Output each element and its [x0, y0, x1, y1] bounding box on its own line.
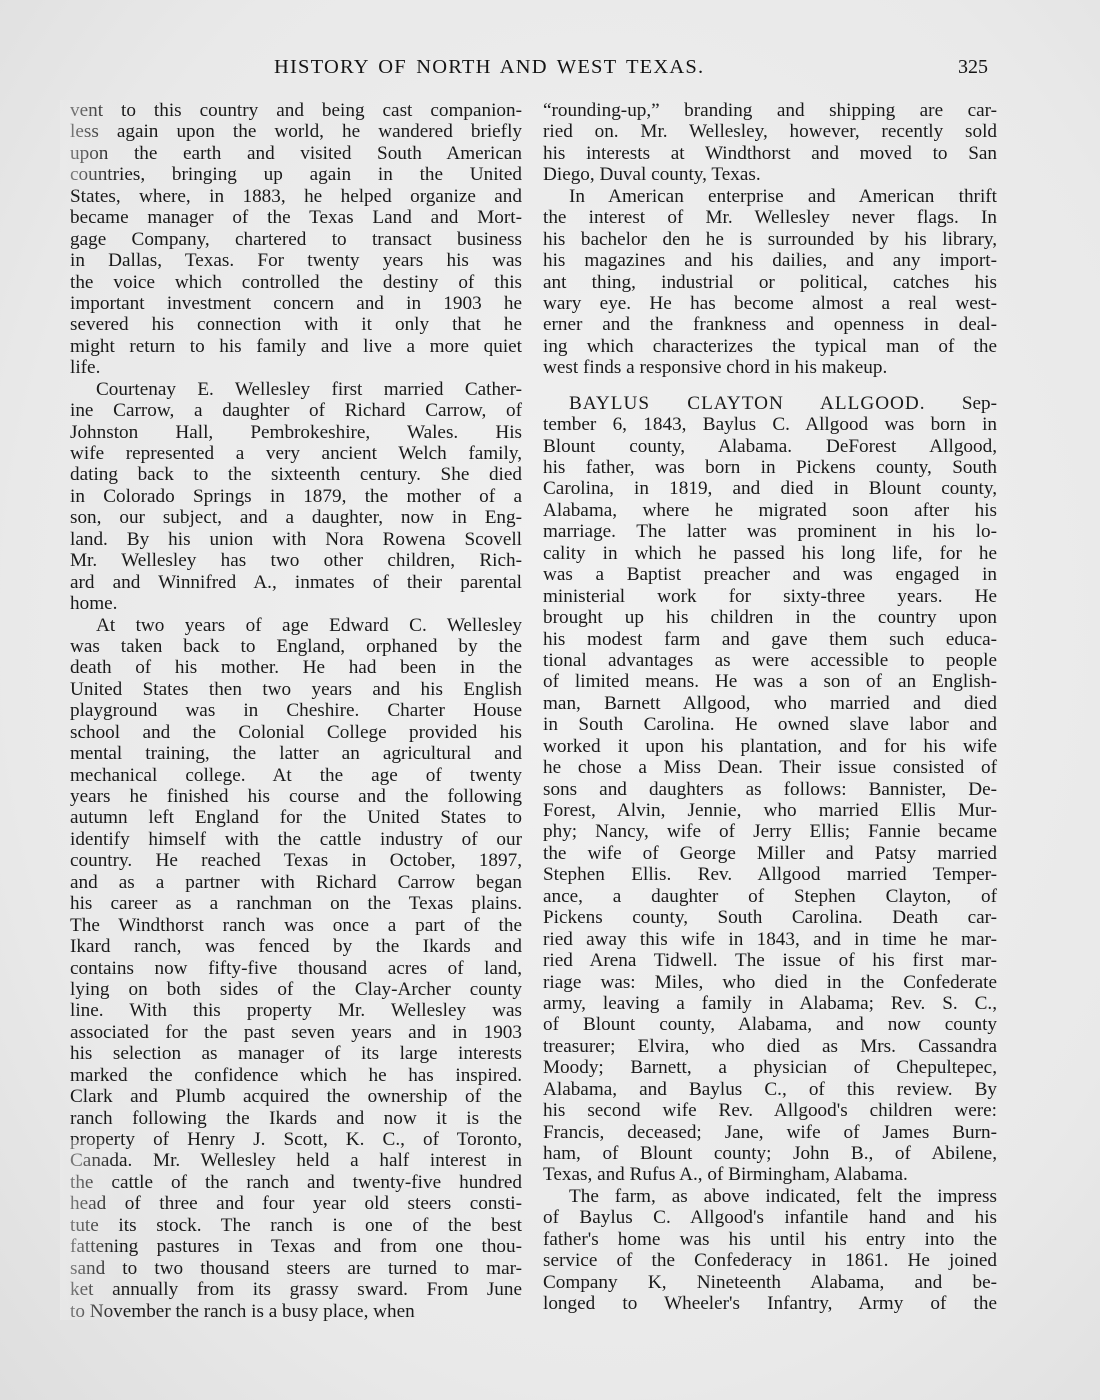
text-line: cality in which he passed his long life,…: [543, 543, 997, 564]
text-line: Diego, Duval county, Texas.: [543, 164, 997, 185]
text-line: his modest farm and gave them such educa…: [543, 629, 997, 650]
text-line: important investment concern and in 1903…: [70, 293, 522, 314]
text-line: ried Arena Tidwell. The issue of his fir…: [543, 950, 997, 971]
text-line: to November the ranch is a busy place, w…: [70, 1301, 522, 1322]
text-line: land. By his union with Nora Rowena Scov…: [70, 529, 522, 550]
text-line: Ikard ranch, was fenced by the Ikards an…: [70, 936, 522, 957]
text-line: vent to this country and being cast comp…: [70, 100, 522, 121]
text-line: phy; Nancy, wife of Jerry Ellis; Fannie …: [543, 821, 997, 842]
text-line: tute its stock. The ranch is one of the …: [70, 1215, 522, 1236]
text-line: the interest of Mr. Wellesley never flag…: [543, 207, 997, 228]
text-line: death of his mother. He had been in the: [70, 657, 522, 678]
text-line: property of Henry J. Scott, K. C., of To…: [70, 1129, 522, 1150]
text-line: man, Barnett Allgood, who married and di…: [543, 693, 997, 714]
text-line: of Blount county, Alabama, and now count…: [543, 1014, 997, 1035]
text-line: his bachelor den he is surrounded by his…: [543, 229, 997, 250]
text-line: ket annually from its grassy sward. From…: [70, 1279, 522, 1300]
text-line: Pickens county, South Carolina. Death ca…: [543, 907, 997, 928]
text-line: States, where, in 1883, he helped organi…: [70, 186, 522, 207]
text-line: sand to two thousand steers are turned t…: [70, 1258, 522, 1279]
text-line: his career as a ranchman on the Texas pl…: [70, 893, 522, 914]
text-line: Francis, deceased; Jane, wife of James B…: [543, 1122, 997, 1143]
text-line: tember 6, 1843, Baylus C. Allgood was bo…: [543, 414, 997, 435]
book-page: HISTORY OF NORTH AND WEST TEXAS. 325 ven…: [0, 0, 1100, 1400]
text-line: was taken back to England, orphaned by t…: [70, 636, 522, 657]
text-line: gage Company, chartered to transact busi…: [70, 229, 522, 250]
text-line: head of three and four year old steers c…: [70, 1193, 522, 1214]
section-heading: BAYLUS CLAYTON ALLGOOD.: [569, 393, 926, 414]
text-line: fattening pastures in Texas and from one…: [70, 1236, 522, 1257]
text-line: ried away this wife in 1843, and in time…: [543, 929, 997, 950]
text-line: ham, of Blount county; John B., of Abile…: [543, 1143, 997, 1164]
page-number: 325: [958, 56, 988, 79]
text-line: Canada. Mr. Wellesley held a half intere…: [70, 1150, 522, 1171]
text-line: brought up his children in the country u…: [543, 607, 997, 628]
text-line: identify himself with the cattle industr…: [70, 829, 522, 850]
text-line: associated for the past seven years and …: [70, 1022, 522, 1043]
section-heading-line: BAYLUS CLAYTON ALLGOOD. Sep-: [543, 393, 997, 414]
text-line: army, leaving a family in Alabama; Rev. …: [543, 993, 997, 1014]
text-line: United States then two years and his Eng…: [70, 679, 522, 700]
text-line: upon the earth and visited South America…: [70, 143, 522, 164]
text-line: his selection as manager of its large in…: [70, 1043, 522, 1064]
text-line: wife represented a very ancient Welch fa…: [70, 443, 522, 464]
text-line: his father, was born in Pickens county, …: [543, 457, 997, 478]
right-column-top-text: “rounding-up,” branding and shipping are…: [543, 100, 997, 379]
text-line: ministerial work for sixty-three years. …: [543, 586, 997, 607]
text-line: ard and Winnifred A., inmates of their p…: [70, 572, 522, 593]
text-line: ranch following the Ikards and now it is…: [70, 1108, 522, 1129]
text-line: years he finished his course and the fol…: [70, 786, 522, 807]
text-line: his interests at Windthorst and moved to…: [543, 143, 997, 164]
text-line: he chose a Miss Dean. Their issue consis…: [543, 757, 997, 778]
text-line: Alabama, where he migrated soon after hi…: [543, 500, 997, 521]
text-line: his second wife Rev. Allgood's children …: [543, 1100, 997, 1121]
text-line: Mr. Wellesley has two other children, Ri…: [70, 550, 522, 571]
text-line: In American enterprise and American thri…: [543, 186, 997, 207]
text-line: autumn left England for the United State…: [70, 807, 522, 828]
text-line: of limited means. He was a son of an Eng…: [543, 671, 997, 692]
text-line: sons and daughters as follows: Bannister…: [543, 779, 997, 800]
text-line: Clark and Plumb acquired the ownership o…: [70, 1086, 522, 1107]
text-line: ance, a daughter of Stephen Clayton, of: [543, 886, 997, 907]
text-line: Forest, Alvin, Jennie, who married Ellis…: [543, 800, 997, 821]
text-line: his magazines and his dailies, and any i…: [543, 250, 997, 271]
heading-continuation: Sep-: [962, 393, 997, 414]
page-header: HISTORY OF NORTH AND WEST TEXAS. 325: [0, 56, 1100, 86]
text-line: severed his connection with it only that…: [70, 314, 522, 335]
text-line: Carolina, in 1819, and died in Blount co…: [543, 478, 997, 499]
text-line: The Windthorst ranch was once a part of …: [70, 915, 522, 936]
text-line: Moody; Barnett, a physician of Chepultep…: [543, 1057, 997, 1078]
text-line: contains now fifty-five thousand acres o…: [70, 958, 522, 979]
text-line: the wife of George Miller and Patsy marr…: [543, 843, 997, 864]
text-line: longed to Wheeler's Infantry, Army of th…: [543, 1293, 997, 1314]
text-line: ine Carrow, a daughter of Richard Carrow…: [70, 400, 522, 421]
text-line: line. With this property Mr. Wellesley w…: [70, 1000, 522, 1021]
running-title: HISTORY OF NORTH AND WEST TEXAS.: [274, 56, 704, 79]
text-line: less again upon the world, he wandered b…: [70, 121, 522, 142]
text-line: riage was: Miles, who died in the Confed…: [543, 972, 997, 993]
text-line: in Colorado Springs in 1879, the mother …: [70, 486, 522, 507]
text-line: Texas, and Rufus A., of Birmingham, Alab…: [543, 1164, 997, 1185]
text-line: tional advantages as were accessible to …: [543, 650, 997, 671]
text-line: At two years of age Edward C. Wellesley: [70, 615, 522, 636]
right-column: “rounding-up,” branding and shipping are…: [543, 100, 997, 1315]
text-line: marked the confidence which he has inspi…: [70, 1065, 522, 1086]
text-line: the voice which controlled the destiny o…: [70, 272, 522, 293]
text-line: countries, bringing up again in the Unit…: [70, 164, 522, 185]
text-line: of Baylus C. Allgood's infantile hand an…: [543, 1207, 997, 1228]
text-line: marriage. The latter was prominent in hi…: [543, 521, 997, 542]
text-line: Alabama, and Baylus C., of this review. …: [543, 1079, 997, 1100]
text-line: ried on. Mr. Wellesley, however, recentl…: [543, 121, 997, 142]
right-column-biography-text: tember 6, 1843, Baylus C. Allgood was bo…: [543, 414, 997, 1314]
text-line: The farm, as above indicated, felt the i…: [543, 1186, 997, 1207]
text-line: Johnston Hall, Pembrokeshire, Wales. His: [70, 422, 522, 443]
text-line: life.: [70, 357, 522, 378]
text-line: the cattle of the ranch and twenty-five …: [70, 1172, 522, 1193]
text-line: dating back to the sixteenth century. Sh…: [70, 464, 522, 485]
left-column: vent to this country and being cast comp…: [70, 100, 522, 1322]
text-line: country. He reached Texas in October, 18…: [70, 850, 522, 871]
text-line: home.: [70, 593, 522, 614]
text-line: west finds a responsive chord in his mak…: [543, 357, 997, 378]
text-line: mechanical college. At the age of twenty: [70, 765, 522, 786]
text-line: father's home was his until his entry in…: [543, 1229, 997, 1250]
text-line: Blount county, Alabama. DeForest Allgood…: [543, 436, 997, 457]
text-line: lying on both sides of the Clay-Archer c…: [70, 979, 522, 1000]
text-line: service of the Confederacy in 1861. He j…: [543, 1250, 997, 1271]
text-line: erner and the frankness and openness in …: [543, 314, 997, 335]
text-line: worked it upon his plantation, and for h…: [543, 736, 997, 757]
text-line: in Dallas, Texas. For twenty years his w…: [70, 250, 522, 271]
text-line: Company K, Nineteenth Alabama, and be-: [543, 1272, 997, 1293]
text-line: and as a partner with Richard Carrow beg…: [70, 872, 522, 893]
text-line: Stephen Ellis. Rev. Allgood married Temp…: [543, 864, 997, 885]
text-line: Courtenay E. Wellesley first married Cat…: [70, 379, 522, 400]
text-line: playground was in Cheshire. Charter Hous…: [70, 700, 522, 721]
text-line: son, our subject, and a daughter, now in…: [70, 507, 522, 528]
section-gap: [543, 379, 997, 393]
text-line: school and the Colonial College provided…: [70, 722, 522, 743]
text-line: wary eye. He has become almost a real we…: [543, 293, 997, 314]
text-line: in South Carolina. He owned slave labor …: [543, 714, 997, 735]
text-line: mental training, the latter an agricultu…: [70, 743, 522, 764]
text-line: “rounding-up,” branding and shipping are…: [543, 100, 997, 121]
text-line: became manager of the Texas Land and Mor…: [70, 207, 522, 228]
text-line: was a Baptist preacher and was engaged i…: [543, 564, 997, 585]
text-line: might return to his family and live a mo…: [70, 336, 522, 357]
text-line: ant thing, industrial or political, catc…: [543, 272, 997, 293]
text-line: ing which characterizes the typical man …: [543, 336, 997, 357]
text-line: treasurer; Elvira, who died as Mrs. Cass…: [543, 1036, 997, 1057]
